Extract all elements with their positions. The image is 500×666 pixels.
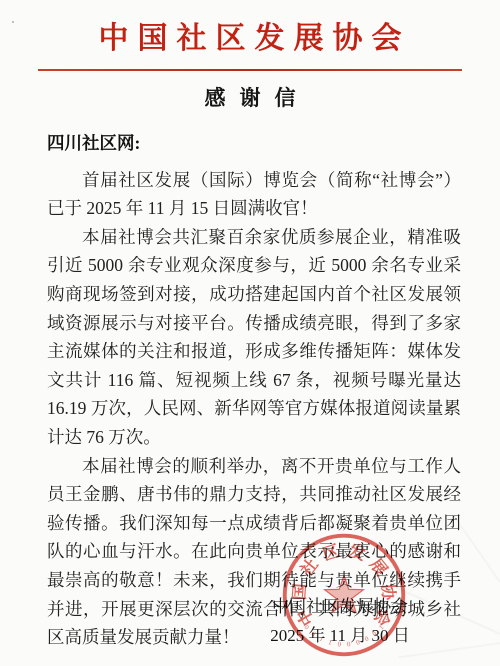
- letter-title: 感谢信: [0, 85, 500, 112]
- letter-page: 中国社区发展协会 感谢信 四川社区网: 首届社区发展（国际）博览会（简称“社博会…: [0, 0, 500, 666]
- letterhead: 中国社区发展协会: [0, 0, 500, 71]
- signature-org: 中国社区发展协会: [260, 592, 420, 621]
- letterhead-rule: [38, 69, 462, 71]
- paragraph-2: 本届社博会共汇聚百余家优质参展企业，精准吸引近 5000 余专业观众深度参与，近…: [47, 223, 461, 452]
- scan-speck: [12, 21, 14, 23]
- salutation: 四川社区网:: [47, 129, 461, 158]
- paragraph-1: 首届社区发展（国际）博览会（简称“社博会”）已于 2025 年 11 月 15 …: [47, 166, 461, 223]
- letter-body: 四川社区网: 首届社区发展（国际）博览会（简称“社博会”）已于 2025 年 1…: [0, 112, 500, 652]
- signature-date: 2025 年 11 月 30 日: [260, 621, 420, 650]
- org-title: 中国社区发展协会: [0, 0, 500, 57]
- signature-block: 中国社区发展协会 2025 年 11 月 30 日: [260, 592, 420, 650]
